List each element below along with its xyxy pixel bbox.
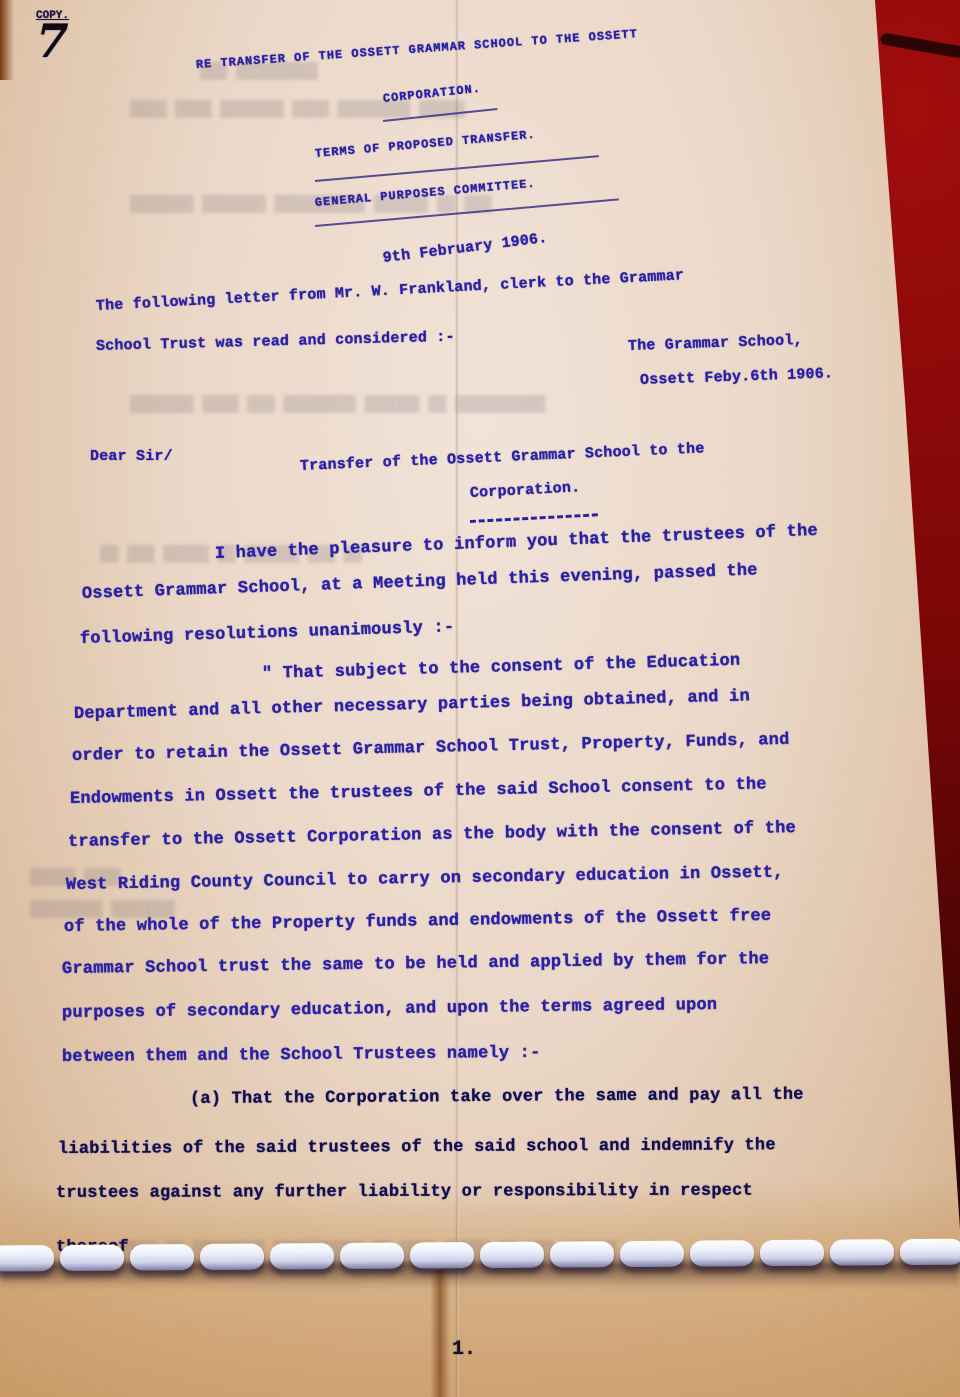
cord-bead xyxy=(480,1242,544,1268)
body-line: transfer to the Ossett Corporation as th… xyxy=(68,819,796,852)
body-line: between them and the School Trustees nam… xyxy=(62,1044,541,1067)
cord-bead xyxy=(690,1240,754,1266)
subject-line-2: Corporation. xyxy=(470,479,581,502)
document-subtitle: TERMS OF PROPOSED TRANSFER. xyxy=(314,128,536,161)
subtitle-underline xyxy=(315,155,599,182)
cord-bead xyxy=(60,1245,124,1271)
cord-bead xyxy=(340,1243,404,1269)
body-line: Grammar School trust the same to be held… xyxy=(62,950,770,979)
body-line: I have the pleasure to inform you that t… xyxy=(215,522,819,564)
body-line: following resolutions unanimously :- xyxy=(80,618,455,649)
cord-bead xyxy=(410,1242,474,1268)
letter-address-line-2: Ossett Feby.6th 1906. xyxy=(640,365,834,389)
handwritten-page-mark: 7 xyxy=(30,14,73,68)
body-line: liabilities of the said trustees of the … xyxy=(58,1136,776,1159)
intro-line-1: The following letter from Mr. W. Frankla… xyxy=(96,267,685,315)
typewritten-document: COPY. 7 RE TRANSFER OF THE OSSETT GRAMMA… xyxy=(0,0,960,1397)
subject-line-1: Transfer of the Ossett Grammar School to… xyxy=(300,440,705,475)
body-line: of the whole of the Property funds and e… xyxy=(64,907,772,937)
salutation: Dear Sir/ xyxy=(90,448,173,465)
binding-cord xyxy=(0,1235,960,1276)
body-line: Ossett Grammar School, at a Meeting held… xyxy=(82,561,758,604)
cord-bead xyxy=(830,1239,894,1265)
body-line: " That subject to the consent of the Edu… xyxy=(262,652,741,684)
cord-bead xyxy=(0,1245,54,1271)
meeting-date: 9th February 1906. xyxy=(382,230,548,267)
title-underline xyxy=(383,108,498,122)
cord-bead xyxy=(620,1241,684,1267)
body-line: trustees against any further liability o… xyxy=(56,1182,753,1203)
intro-line-2: School Trust was read and considered :- xyxy=(96,329,455,355)
cord-bead xyxy=(270,1243,334,1269)
cord-bead xyxy=(900,1239,960,1265)
cord-bead xyxy=(760,1240,824,1266)
page-number: 1. xyxy=(452,1338,476,1361)
cord-bead xyxy=(550,1241,614,1267)
body-line: West Riding County Council to carry on s… xyxy=(66,863,784,895)
body-line: Department and all other necessary parti… xyxy=(74,687,750,724)
body-line: purposes of secondary education, and upo… xyxy=(62,996,717,1023)
body-line: order to retain the Ossett Grammar Schoo… xyxy=(72,731,790,766)
subject-underline xyxy=(470,513,598,523)
document-title-line-2: CORPORATION. xyxy=(382,82,481,106)
document-title-line-1: RE TRANSFER OF THE OSSETT GRAMMAR SCHOOL… xyxy=(196,27,639,72)
letter-address-line-1: The Grammar School, xyxy=(628,332,803,355)
body-line: (a) That the Corporation take over the s… xyxy=(190,1086,804,1109)
document-page: ███ █████████ ████ ████ ███████ ████ ███… xyxy=(0,0,960,1397)
cord-bead xyxy=(200,1244,264,1270)
body-line: Endowments in Ossett the trustees of the… xyxy=(70,775,767,809)
cord-bead xyxy=(130,1244,194,1270)
committee-heading: GENERAL PURPOSES COMMITTEE. xyxy=(314,177,536,210)
